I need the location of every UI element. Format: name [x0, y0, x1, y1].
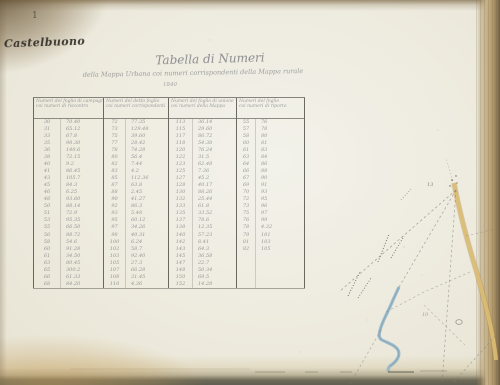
- slope-hatching: [348, 189, 411, 298]
- parcel-boundaries: [340, 190, 499, 384]
- cadastral-map-fragment: 13 10: [0, 0, 500, 385]
- map-border-bottom-dashes: [255, 371, 447, 372]
- spring-symbol: [456, 320, 462, 325]
- parcel-label: 10: [422, 312, 429, 318]
- stream-path: [379, 287, 399, 371]
- road-branch: [446, 158, 453, 181]
- parcel-label: 13: [427, 182, 433, 188]
- paper-specks: [210, 40, 439, 353]
- scanned-cadastral-page: 1 Castelbuono Tabella di Numeri della Ma…: [0, 0, 500, 385]
